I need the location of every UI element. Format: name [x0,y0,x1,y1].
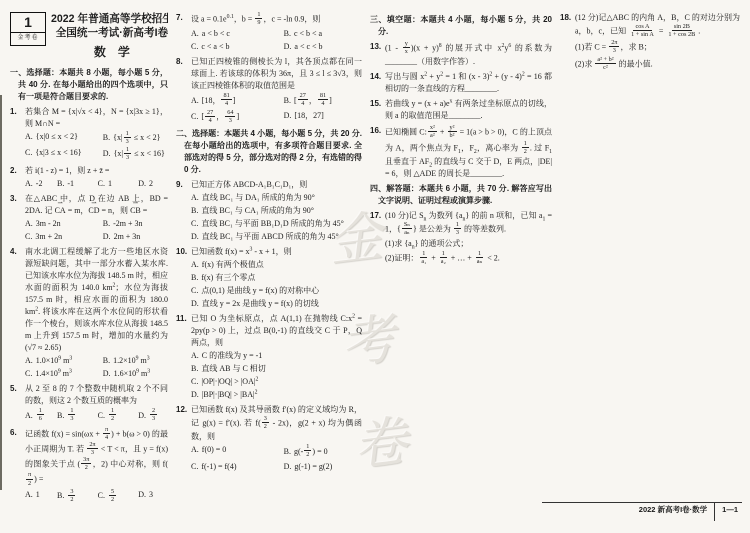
question-stem: 记函数 f(x) = sin(ωx + π4) + b(ω > 0) 的最小正周… [25,427,168,488]
option-label: A. [25,219,33,228]
option-1-d: D. {x|13 ≤ x < 16} [103,147,168,162]
options-grid: A. [18，814]B. [274，814]C. [274，643]D. [1… [191,93,362,125]
option-4-b: B. 1.2×109 m3 [103,355,168,367]
footer-exam-label: 2022 新高考I卷·数学 [629,503,714,522]
option-text: 3 [149,490,153,499]
scan-edge-line [0,95,2,490]
option-text: f(x) 有三个零点 [201,273,255,282]
question-2: 2.若 i(1 - z) = 1，则 z + z̄ =A. -2B. -1C. … [10,165,168,190]
issue-number: 1 [11,13,45,32]
options-grid: A. 1B. 32C. 52D. 3 [25,489,168,504]
option-11-c: C. |OP|·|OQ| > |OA|2 [191,376,362,388]
question-number: 16. [370,125,385,180]
option-text: [18，27] [294,111,323,120]
option-text: -2 [36,179,43,188]
option-text: c < a < b [201,42,229,51]
option-text: g(-12) = 0 [294,447,328,456]
title-block: 2022 年普通高等学校招生全国统一考试·新高考I卷数学 [51,12,168,61]
option-label: D. [191,390,199,399]
question-number: 5. [10,383,25,423]
option-text: -2m + 3n [113,219,142,228]
question-number: 13. [370,41,385,68]
option-label: C. [98,411,105,420]
question-14: 14.写出与圆 x2 + y2 = 1 和 (x - 3)2 + (y - 4)… [370,71,552,95]
option-text: 直线 BC₁ 与 DA₁ 所成的角为 90° [202,193,315,202]
question-body: (1 - yx)(x + y)8 的展开式中 x2y6 的系数为________… [385,41,552,68]
option-text: [274，643] [201,112,239,121]
question-8: 8.已知正四棱锥的侧棱长为 l，其各顶点都在同一球面上. 若该球的体积为 36π… [176,56,362,125]
option-text: 直线 BC₁ 与平面 ABCD 所成的角为 45° [202,232,339,241]
option-11-d: D. |BP|·|BQ| > |BA|2 [191,389,362,401]
question-body: 若集合 M = {x|√x < 4}，N = {x|3x ≥ 1}，则 M∩N … [25,106,168,163]
question-number: 15. [370,98,385,122]
option-2-a: A. -2 [25,178,55,190]
option-label: C. [25,232,32,241]
option-5-a: A. 16 [25,408,55,423]
options-grid: A. 3m - 2nB. -2m + 3nC. 3m + 2nD. 2m + 3… [25,218,168,243]
question-body: 若曲线 y = (x + a)ex 有两条过坐标原点的切线，则 a 的取值范围是… [385,98,552,122]
options-grid: A. 16B. 13C. 12D. 23 [25,408,168,423]
option-label: D. [284,462,292,471]
option-label: C. [191,286,198,295]
page: 金 考 卷 1金考卷2022 年普通高等学校招生全国统一考试·新高考I卷数学一、… [0,0,750,533]
question-number: 18. [560,12,575,72]
question-1: 1.若集合 M = {x|√x < 4}，N = {x|3x ≥ 1}，则 M∩… [10,106,168,163]
question-12: 12.已知函数 f(x) 及其导函数 f′(x) 的定义域均为 R，记 g(x)… [176,404,362,473]
option-8-c: C. [274，643] [191,110,282,125]
question-number: 12. [176,404,191,473]
option-text: {x|13 ≤ x < 2} [113,133,160,142]
question-number: 2. [10,165,25,190]
option-label: C. [191,462,198,471]
option-4-a: A. 1.0×109 m3 [25,355,101,367]
question-15: 15.若曲线 y = (x + a)ex 有两条过坐标原点的切线，则 a 的取值… [370,98,552,122]
question-stem: 若曲线 y = (x + a)ex 有两条过坐标原点的切线，则 a 的取值范围是… [385,98,552,122]
question-stem: 在△ABC 中，点 D 在边 AB 上，BD = 2DA. 记 CA = m，C… [25,193,168,217]
option-text: C 的准线为 y = -1 [202,351,263,360]
option-10-b: B. f(x) 有三个零点 [191,272,362,284]
options-grid: A. 直线 BC₁ 与 DA₁ 所成的角为 90°B. 直线 BC₁ 与 CA₁… [191,192,362,243]
option-6-d: D. 3 [138,489,168,504]
option-4-d: D. 1.6×109 m3 [103,368,168,380]
option-9-a: A. 直线 BC₁ 与 DA₁ 所成的角为 90° [191,192,362,204]
option-text: 52 [108,491,117,500]
section-heading-4: 四、解答题：本题共 6 小题，共 70 分. 解答应写出文字说明、证明过程或演算… [370,183,552,207]
option-label: D. [103,369,111,378]
option-label: A. [25,411,33,420]
option-11-b: B. 直线 AB 与 C 相切 [191,363,362,375]
columns: 1金考卷2022 年普通高等学校招生全国统一考试·新高考I卷数学一、选择题：本题… [10,12,740,507]
question-part-1: (1)求 {an} 的通项公式； [385,238,552,250]
option-label: B. [103,219,110,228]
option-text: f(0) = 0 [202,445,227,454]
question-body: 从 2 至 8 的 7 个整数中随机取 2 个不同的数，则这 2 个数互质的概率… [25,383,168,423]
question-body: 已知函数 f(x) 及其导函数 f′(x) 的定义域均为 R，记 g(x) = … [191,404,362,473]
option-12-d: D. g(-1) = g(2) [284,461,362,473]
option-text: c < b < a [294,29,322,38]
question-body: 已知正四棱锥的侧棱长为 l，其各顶点都在同一球面上. 若该球的体积为 36π，且… [191,56,362,125]
option-text: 直线 y = 2x 是曲线 y = f(x) 的切线 [202,299,319,308]
question-number: 10. [176,246,191,310]
option-text: 直线 BC₁ 与 CA₁ 所成的角为 90° [201,206,314,215]
question-stem: 已知 O 为坐标原点，点 A(1,1) 在抛物线 C:x2 = 2py(p > … [191,313,362,349]
option-7-d: D. a < c < b [284,41,362,53]
option-4-c: C. 1.4×109 m3 [25,368,101,380]
page-footer: 2022 新高考I卷·数学 1—1 [542,502,742,522]
option-label: D. [191,232,199,241]
option-10-a: A. f(x) 有两个极值点 [191,259,362,271]
option-label: B. [284,447,291,456]
option-7-b: B. c < b < a [284,28,362,40]
question-number: 1. [10,106,25,163]
section-heading-2: 二、选择题：本题共 4 小题，每小题 5 分，共 20 分. 在每小题给出的选项… [176,128,362,176]
question-number: 6. [10,427,25,505]
option-label: B. [103,356,110,365]
option-text: |BP|·|BQ| > |BA|2 [202,390,258,399]
option-label: D. [138,490,146,499]
option-text: a < b < c [202,29,230,38]
column-3: 三、填空题：本题共 4 小题，每小题 5 分，共 20 分.13.(1 - yx… [370,12,552,507]
option-3-d: D. 2m + 3n [103,231,168,243]
option-text: {x|3 ≤ x < 16} [35,148,81,157]
option-8-a: A. [18，814] [191,93,282,108]
issue-label-box: 1金考卷 [10,12,46,46]
question-body: 已知正方体 ABCD-A₁B₁C₁D₁，则A. 直线 BC₁ 与 DA₁ 所成的… [191,179,362,243]
question-13: 13.(1 - yx)(x + y)8 的展开式中 x2y6 的系数为_____… [370,41,552,68]
option-9-d: D. 直线 BC₁ 与平面 ABCD 所成的角为 45° [191,231,362,243]
question-stem: 已知正四棱锥的侧棱长为 l，其各顶点都在同一球面上. 若该球的体积为 36π，且… [191,56,362,92]
option-text: 16 [36,411,45,420]
question-stem: 若 i(1 - z) = 1，则 z + z̄ = [25,165,168,177]
exam-title-line2: 全国统一考试·新高考I卷 [51,26,168,40]
option-5-b: B. 13 [57,408,96,423]
option-label: B. [57,411,64,420]
option-text: g(-1) = g(2) [294,462,332,471]
option-text: 1 [36,490,40,499]
question-body: 已知椭圆 C:x²a² + y²b² = 1(a > b > 0)，C 的上顶点… [385,125,552,180]
option-1-a: A. {x|0 ≤ x < 2} [25,131,101,146]
question-stem: 南水北调工程缓解了北方一些地区水资源短缺问题，其中一部分水蓄入某水库. 已知该水… [25,246,168,354]
option-label: A. [25,356,33,365]
question-16: 16.已知椭圆 C:x²a² + y²b² = 1(a > b > 0)，C 的… [370,125,552,180]
option-text: 3m + 2n [35,232,62,241]
option-label: B. [57,491,64,500]
option-7-c: C. c < a < b [191,41,282,53]
option-10-c: C. 点(0,1) 是曲线 y = f(x) 的对称中心 [191,285,362,297]
option-text: -1 [67,179,74,188]
question-number: 3. [10,193,25,243]
option-6-b: B. 32 [57,489,96,504]
question-stem: 写出与圆 x2 + y2 = 1 和 (x - 3)2 + (y - 4)2 =… [385,71,552,95]
options-grid: A. 1.0×109 m3B. 1.2×109 m3C. 1.4×109 m3D… [25,355,168,380]
question-18: 18.(12 分)记△ABC 的内角 A，B，C 的对边分别为 a，b，c，已知… [560,12,740,72]
question-10: 10.已知函数 f(x) = x3 - x + 1，则A. f(x) 有两个极值… [176,246,362,310]
subject-title: 数学 [51,43,168,61]
question-stem: 设 a = 0.1e0.1，b = 19，c = -ln 0.9，则 [191,12,362,27]
option-label: C. [25,369,32,378]
option-label: A. [191,260,199,269]
column-1: 1金考卷2022 年普通高等学校招生全国统一考试·新高考I卷数学一、选择题：本题… [10,12,168,507]
masthead: 1金考卷2022 年普通高等学校招生全国统一考试·新高考I卷数学 [10,12,168,61]
option-text: 1.4×109 m3 [35,369,72,378]
section-heading-1: 一、选择题：本题共 8 小题，每小题 5 分，共 40 分. 在每小题给出的四个… [10,67,168,103]
question-number: 17. [370,210,385,267]
option-label: A. [25,132,33,141]
column-4: 18.(12 分)记△ABC 的内角 A，B，C 的对边分别为 a，b，c，已知… [560,12,740,507]
option-text: 1 [108,179,112,188]
question-number: 11. [176,313,191,401]
footer-page-number: 1—1 [714,503,742,522]
option-label: C. [191,42,198,51]
question-number: 9. [176,179,191,243]
option-label: D. [138,411,146,420]
option-9-b: B. 直线 BC₁ 与 CA₁ 所成的角为 90° [191,205,362,217]
option-text: 直线 BC₁ 与平面 BB₁D₁D 所成的角为 45° [201,219,343,228]
question-part-2: (2)证明：1a₁ + 1a₂ + … + 1aₙ < 2. [385,251,552,266]
brand-name: 金考卷 [11,32,45,45]
option-text: 32 [67,491,76,500]
option-2-d: D. 2 [138,178,168,190]
options-grid: A. C 的准线为 y = -1B. 直线 AB 与 C 相切C. |OP|·|… [191,350,362,401]
option-text: 23 [149,411,158,420]
options-grid: A. -2B. -1C. 1D. 2 [25,178,168,190]
question-5: 5.从 2 至 8 的 7 个整数中随机取 2 个不同的数，则这 2 个数互质的… [10,383,168,423]
option-label: A. [191,29,199,38]
question-stem: 已知椭圆 C:x²a² + y²b² = 1(a > b > 0)，C 的上顶点… [385,125,552,180]
question-body: 已知函数 f(x) = x3 - x + 1，则A. f(x) 有两个极值点B.… [191,246,362,310]
question-number: 8. [176,56,191,125]
question-stem: (12 分)记△ABC 的内角 A，B，C 的对边分别为 a，b，c，已知 co… [575,12,740,39]
option-text: f(-1) = f(4) [201,462,236,471]
option-6-c: C. 52 [98,489,137,504]
options-grid: A. a < b < cB. c < b < aC. c < a < bD. a… [191,28,362,53]
option-label: D. [103,232,111,241]
section-heading-3: 三、填空题：本题共 4 小题，每小题 5 分，共 20 分. [370,14,552,38]
option-label: D. [138,179,146,188]
question-11: 11.已知 O 为坐标原点，点 A(1,1) 在抛物线 C:x2 = 2py(p… [176,313,362,401]
option-9-c: C. 直线 BC₁ 与平面 BB₁D₁D 所成的角为 45° [191,218,362,230]
option-label: B. [284,29,291,38]
question-number: 7. [176,12,191,53]
option-text: 直线 AB 与 C 相切 [201,364,265,373]
option-5-d: D. 23 [138,408,168,423]
options-grid: A. f(x) 有两个极值点B. f(x) 有三个零点C. 点(0,1) 是曲线… [191,259,362,310]
question-stem: 已知函数 f(x) 及其导函数 f′(x) 的定义域均为 R，记 g(x) = … [191,404,362,443]
option-label: A. [25,179,33,188]
option-label: C. [191,112,198,121]
option-6-a: A. 1 [25,489,55,504]
option-1-b: B. {x|13 ≤ x < 2} [103,131,168,146]
option-text: 2 [149,179,153,188]
question-7: 7.设 a = 0.1e0.1，b = 19，c = -ln 0.9，则A. a… [176,12,362,53]
option-8-b: B. [274，814] [284,93,362,108]
option-7-a: A. a < b < c [191,28,282,40]
question-body: 南水北调工程缓解了北方一些地区水资源短缺问题，其中一部分水蓄入某水库. 已知该水… [25,246,168,380]
option-text: 3m - 2n [36,219,61,228]
question-stem: 已知函数 f(x) = x3 - x + 1，则 [191,246,362,258]
question-body: 在△ABC 中，点 D 在边 AB 上，BD = 2DA. 记 CA = m，C… [25,193,168,243]
option-label: D. [284,111,292,120]
option-text: [274，814] [294,96,332,105]
question-body: 记函数 f(x) = sin(ωx + π4) + b(ω > 0) 的最小正周… [25,427,168,505]
option-label: C. [25,148,32,157]
option-text: 2m + 3n [114,232,141,241]
option-8-d: D. [18，27] [284,110,362,125]
options-grid: A. {x|0 ≤ x < 2}B. {x|13 ≤ x < 2}C. {x|3… [25,131,168,163]
option-label: D. [191,299,199,308]
option-label: A. [191,351,199,360]
options-grid: A. f(0) = 0B. g(-12) = 0C. f(-1) = f(4)D… [191,444,362,472]
option-label: B. [191,364,198,373]
option-label: C. [191,377,198,386]
option-label: B. [57,179,64,188]
option-5-c: C. 12 [98,408,137,423]
option-label: A. [191,445,199,454]
option-text: |OP|·|OQ| > |OA|2 [201,377,258,386]
option-3-b: B. -2m + 3n [103,218,168,230]
option-label: A. [25,490,33,499]
option-text: a < c < b [294,42,322,51]
question-stem: (10 分)记 Sn 为数列 {an} 的前 n 项和，已知 a1 = 1，{S… [385,210,552,237]
question-4: 4.南水北调工程缓解了北方一些地区水资源短缺问题，其中一部分水蓄入某水库. 已知… [10,246,168,380]
question-17: 17.(10 分)记 Sn 为数列 {an} 的前 n 项和，已知 a1 = 1… [370,210,552,267]
question-3: 3.在△ABC 中，点 D 在边 AB 上，BD = 2DA. 记 CA = m… [10,193,168,243]
question-9: 9.已知正方体 ABCD-A₁B₁C₁D₁，则A. 直线 BC₁ 与 DA₁ 所… [176,179,362,243]
question-body: (12 分)记△ABC 的内角 A，B，C 的对边分别为 a，b，c，已知 co… [575,12,740,72]
option-label: B. [284,96,291,105]
question-part-2: (2)求 a² + b²c² 的最小值. [575,57,740,72]
option-text: f(x) 有两个极值点 [202,260,264,269]
option-10-d: D. 直线 y = 2x 是曲线 y = f(x) 的切线 [191,298,362,310]
option-label: C. [191,219,198,228]
question-body: 设 a = 0.1e0.1，b = 19，c = -ln 0.9，则A. a <… [191,12,362,53]
option-3-a: A. 3m - 2n [25,218,101,230]
option-12-c: C. f(-1) = f(4) [191,461,282,473]
option-text: 13 [67,411,76,420]
option-label: B. [191,273,198,282]
question-body: (10 分)记 Sn 为数列 {an} 的前 n 项和，已知 a1 = 1，{S… [385,210,552,267]
question-stem: 若集合 M = {x|√x < 4}，N = {x|3x ≥ 1}，则 M∩N … [25,106,168,130]
question-body: 写出与圆 x2 + y2 = 1 和 (x - 3)2 + (y - 4)2 =… [385,71,552,95]
option-label: D. [284,42,292,51]
option-label: A. [191,193,199,202]
option-text: 点(0,1) 是曲线 y = f(x) 的对称中心 [201,286,319,295]
option-text: {x|0 ≤ x < 2} [36,132,78,141]
question-6: 6.记函数 f(x) = sin(ωx + π4) + b(ω > 0) 的最小… [10,427,168,505]
option-12-a: A. f(0) = 0 [191,444,282,459]
option-label: B. [103,133,110,142]
question-part-1: (1)若 C = 2π3，求 B； [575,40,740,55]
question-body: 若 i(1 - z) = 1，则 z + z̄ =A. -2B. -1C. 1D… [25,165,168,190]
option-2-c: C. 1 [98,178,137,190]
option-1-c: C. {x|3 ≤ x < 16} [25,147,101,162]
option-text: 1.0×109 m3 [36,356,73,365]
option-label: C. [98,491,105,500]
option-label: C. [98,179,105,188]
question-stem: (1 - yx)(x + y)8 的展开式中 x2y6 的系数为________… [385,41,552,68]
column-2: 7.设 a = 0.1e0.1，b = 19，c = -ln 0.9，则A. a… [176,12,362,507]
option-label: A. [191,96,199,105]
option-text: {x|13 ≤ x < 16} [114,149,165,158]
option-text: [18，814] [202,96,236,105]
option-2-b: B. -1 [57,178,96,190]
question-stem: 已知正方体 ABCD-A₁B₁C₁D₁，则 [191,179,362,191]
option-11-a: A. C 的准线为 y = -1 [191,350,362,362]
exam-title-line1: 2022 年普通高等学校招生 [51,12,168,26]
question-number: 4. [10,246,25,380]
option-text: 12 [108,411,117,420]
option-text: 1.6×109 m3 [114,369,151,378]
option-12-b: B. g(-12) = 0 [284,444,362,459]
option-label: D. [103,149,111,158]
question-number: 14. [370,71,385,95]
option-3-c: C. 3m + 2n [25,231,101,243]
question-stem: 从 2 至 8 的 7 个整数中随机取 2 个不同的数，则这 2 个数互质的概率… [25,383,168,407]
option-text: 1.2×109 m3 [113,356,150,365]
question-body: 已知 O 为坐标原点，点 A(1,1) 在抛物线 C:x2 = 2py(p > … [191,313,362,401]
option-label: B. [191,206,198,215]
